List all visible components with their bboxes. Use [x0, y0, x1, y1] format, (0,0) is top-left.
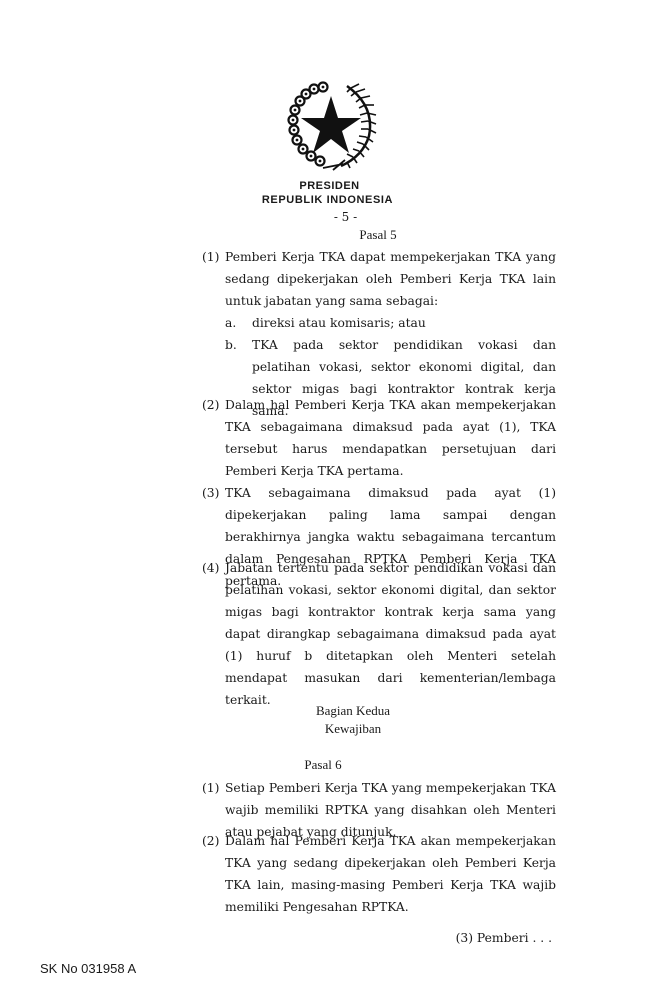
- header-republic: REPUBLIK INDONESIA: [0, 194, 655, 206]
- document-serial-number: SK No 031958 A: [40, 961, 136, 976]
- section-subtitle: Kewajiban: [175, 721, 531, 737]
- pasal-5-ayat-2: (2) Dalam hal Pemberi Kerja TKA akan mem…: [202, 394, 556, 482]
- ayat-number: (1): [202, 246, 219, 268]
- ayat-number: (2): [202, 830, 219, 852]
- section-title: Bagian Kedua: [175, 703, 531, 719]
- header-president: PRESIDEN: [0, 180, 655, 192]
- pasal-5-title: Pasal 5: [200, 227, 556, 243]
- ayat-number: (2): [202, 394, 219, 416]
- ayat-number: (1): [202, 777, 219, 799]
- list-item-a: a. direksi atau komisaris; atau: [225, 312, 556, 334]
- list-text: direksi atau komisaris; atau: [252, 312, 556, 334]
- ayat-text: Dalam hal Pemberi Kerja TKA akan mempeke…: [225, 394, 556, 482]
- pasal-5-ayat-4: (4) Jabatan tertentu pada sektor pendidi…: [202, 557, 556, 711]
- list-letter: b.: [225, 334, 237, 356]
- pasal-6-ayat-2: (2) Dalam hal Pemberi Kerja TKA akan mem…: [202, 830, 556, 918]
- ayat-text: Dalam hal Pemberi Kerja TKA akan mempeke…: [225, 830, 556, 918]
- list-letter: a.: [225, 312, 236, 334]
- ayat-number: (3): [202, 482, 219, 504]
- continuation-marker: (3) Pemberi . . .: [456, 931, 552, 945]
- ayat-number: (4): [202, 557, 219, 579]
- page-number: - 5 -: [0, 210, 655, 224]
- ayat-text: Pemberi Kerja TKA dapat mempekerjakan TK…: [225, 246, 556, 312]
- pasal-6-title: Pasal 6: [145, 757, 501, 773]
- ayat-text: Jabatan tertentu pada sektor pendidikan …: [225, 557, 556, 711]
- presidential-star-emblem-icon: [283, 80, 379, 174]
